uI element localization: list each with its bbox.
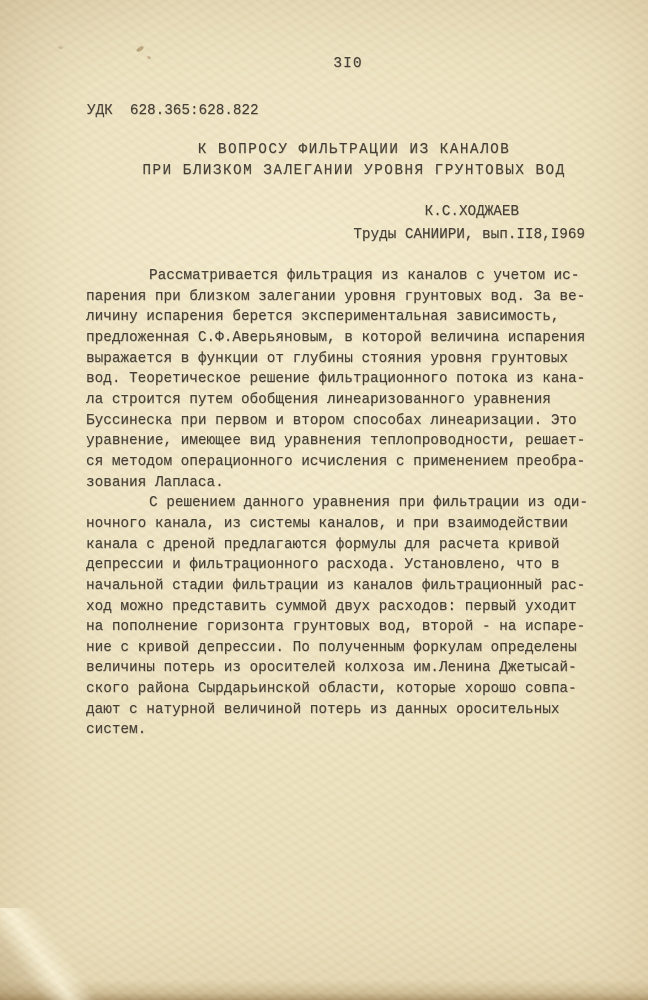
text-line: ла строится путем обобщения линеаризован…: [86, 390, 606, 411]
text-line: ся методом операционного исчисления с пр…: [86, 452, 606, 473]
text-line: предложенная С.Ф.Аверьяновым, в которой …: [86, 328, 606, 349]
byline: К.С.ХОДЖАЕВ Труды САНИИРИ, вып.II8,I969: [0, 201, 585, 246]
text-line: канала с дреной предлагаются формулы для…: [86, 535, 606, 556]
udk-code: УДК 628.365:628.822: [87, 103, 259, 119]
text-line: парения при близком залегании уровня гру…: [86, 287, 606, 308]
text-line: начальной стадии фильтрации из каналов ф…: [86, 576, 606, 597]
text-line: зования Лапласа.: [86, 473, 606, 494]
text-line: ние с кривой депрессии. По полученным фо…: [86, 638, 606, 659]
text-line: ского района Сырдарьинской области, кото…: [86, 679, 606, 700]
abstract-paragraph-2: С решением данного уравнения при фильтра…: [86, 493, 606, 741]
scanned-document-page: 3I0 УДК 628.365:628.822 К ВОПРОСУ ФИЛЬТР…: [0, 0, 648, 1000]
author-name: К.С.ХОДЖАЕВ: [0, 201, 585, 224]
text-line: личину испарения берется экспериментальн…: [86, 307, 606, 328]
article-title: К ВОПРОСУ ФИЛЬТРАЦИИ ИЗ КАНАЛОВПРИ БЛИЗК…: [30, 140, 648, 181]
text-line: ПРИ БЛИЗКОМ ЗАЛЕГАНИИ УРОВНЯ ГРУНТОВЫХ В…: [30, 161, 648, 182]
paper-speck: [58, 45, 64, 49]
page-number: 3I0: [0, 56, 648, 72]
text-line: депрессии и фильтрационного расхода. Уст…: [86, 555, 606, 576]
text-line: на пополнение горизонта грунтовых вод, в…: [86, 617, 606, 638]
text-line: величины потерь из оросителей колхоза им…: [86, 658, 606, 679]
abstract-text: Рассматривается фильтрация из каналов с …: [86, 266, 606, 741]
text-line: С решением данного уравнения при фильтра…: [86, 493, 606, 514]
text-line: Буссинеска при первом и втором способах …: [86, 411, 606, 432]
paper-speck: [136, 45, 145, 52]
text-line: вод. Теоретическое решение фильтрационно…: [86, 369, 606, 390]
text-line: уравнение, имеющее вид уравнения теплопр…: [86, 431, 606, 452]
text-line: дают с натурной величиной потерь из данн…: [86, 700, 606, 721]
text-line: ход можно представить суммой двух расход…: [86, 597, 606, 618]
text-line: систем.: [86, 720, 606, 741]
text-line: К ВОПРОСУ ФИЛЬТРАЦИИ ИЗ КАНАЛОВ: [30, 140, 648, 161]
text-line: ночного канала, из системы каналов, и пр…: [86, 514, 606, 535]
text-line: Рассматривается фильтрация из каналов с …: [86, 266, 606, 287]
text-line: выражается в функции от глубины стояния …: [86, 349, 606, 370]
source-reference: Труды САНИИРИ, вып.II8,I969: [0, 224, 585, 247]
abstract-paragraph-1: Рассматривается фильтрация из каналов с …: [86, 266, 606, 493]
